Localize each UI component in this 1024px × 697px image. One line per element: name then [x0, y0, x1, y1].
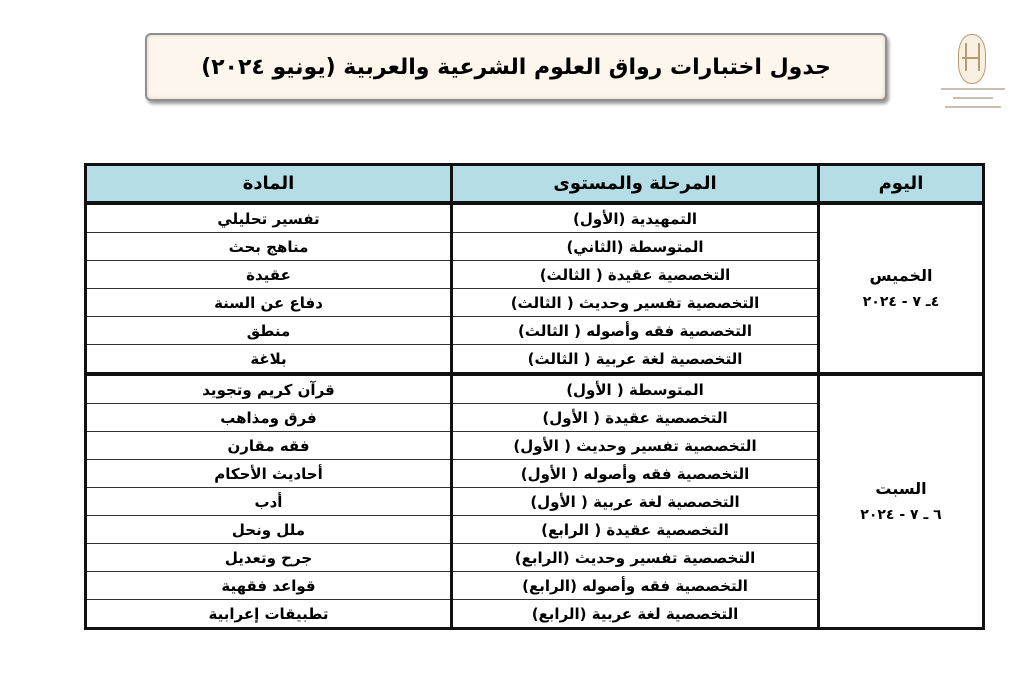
table-row: الخميس ٤ـ ٧ - ٢٠٢٤ التمهيدية (الأول) تفس…: [86, 203, 984, 233]
level-cell: التخصصية عقيدة ( الرابع): [452, 516, 819, 544]
al-azhar-emblem-icon: [958, 34, 986, 84]
subject-cell: مناهج بحث: [86, 233, 452, 261]
level-cell: التخصصية عقيدة ( الثالث): [452, 261, 819, 289]
level-cell: التخصصية فقه وأصوله ( الثالث): [452, 317, 819, 345]
subject-cell: أحاديث الأحكام: [86, 460, 452, 488]
subject-cell: تفسير تحليلي: [86, 203, 452, 233]
column-header-level: المرحلة والمستوى: [452, 165, 819, 204]
level-cell: المتوسطة ( الأول): [452, 374, 819, 404]
level-cell: التخصصية لغة عربية ( الثالث): [452, 345, 819, 375]
logo: [938, 22, 1008, 122]
level-cell: التخصصية فقه وأصوله ( الأول): [452, 460, 819, 488]
day-cell-thursday: الخميس ٤ـ ٧ - ٢٠٢٤: [819, 203, 984, 374]
column-header-day: اليوم: [819, 165, 984, 204]
level-cell: المتوسطة (الثاني): [452, 233, 819, 261]
subject-cell: دفاع عن السنة: [86, 289, 452, 317]
subject-cell: عقيدة: [86, 261, 452, 289]
subject-cell: فقه مقارن: [86, 432, 452, 460]
subject-cell: قواعد فقهية: [86, 572, 452, 600]
day-cell-saturday: السبت ٦ ـ ٧ - ٢٠٢٤: [819, 374, 984, 629]
day-date: ٤ـ ٧ - ٢٠٢٤: [820, 289, 982, 315]
subject-cell: أدب: [86, 488, 452, 516]
column-header-subject: المادة: [86, 165, 452, 204]
subject-cell: تطبيقات إعرابية: [86, 600, 452, 629]
table-row: السبت ٦ ـ ٧ - ٢٠٢٤ المتوسطة ( الأول) قرآ…: [86, 374, 984, 404]
table-header-row: اليوم المرحلة والمستوى المادة: [86, 165, 984, 204]
logo-caption: [940, 88, 1006, 115]
subject-cell: فرق ومذاهب: [86, 404, 452, 432]
day-date: ٦ ـ ٧ - ٢٠٢٤: [820, 502, 982, 528]
level-cell: التخصصية تفسير وحديث ( الثالث): [452, 289, 819, 317]
level-cell: التخصصية فقه وأصوله (الرابع): [452, 572, 819, 600]
level-cell: التخصصية عقيدة ( الأول): [452, 404, 819, 432]
title-banner: جدول اختبارات رواق العلوم الشرعية والعرب…: [145, 33, 887, 101]
level-cell: التخصصية تفسير وحديث ( الأول): [452, 432, 819, 460]
level-cell: التمهيدية (الأول): [452, 203, 819, 233]
page-title: جدول اختبارات رواق العلوم الشرعية والعرب…: [201, 55, 831, 80]
level-cell: التخصصية لغة عربية ( الأول): [452, 488, 819, 516]
subject-cell: جرح وتعديل: [86, 544, 452, 572]
subject-cell: بلاغة: [86, 345, 452, 375]
level-cell: التخصصية تفسير وحديث (الرابع): [452, 544, 819, 572]
level-cell: التخصصية لغة عربية (الرابع): [452, 600, 819, 629]
day-name: الخميس: [820, 263, 982, 289]
subject-cell: منطق: [86, 317, 452, 345]
subject-cell: ملل ونحل: [86, 516, 452, 544]
exam-schedule-table: اليوم المرحلة والمستوى المادة الخميس ٤ـ …: [84, 163, 985, 630]
day-name: السبت: [820, 476, 982, 502]
subject-cell: قرآن كريم وتجويد: [86, 374, 452, 404]
